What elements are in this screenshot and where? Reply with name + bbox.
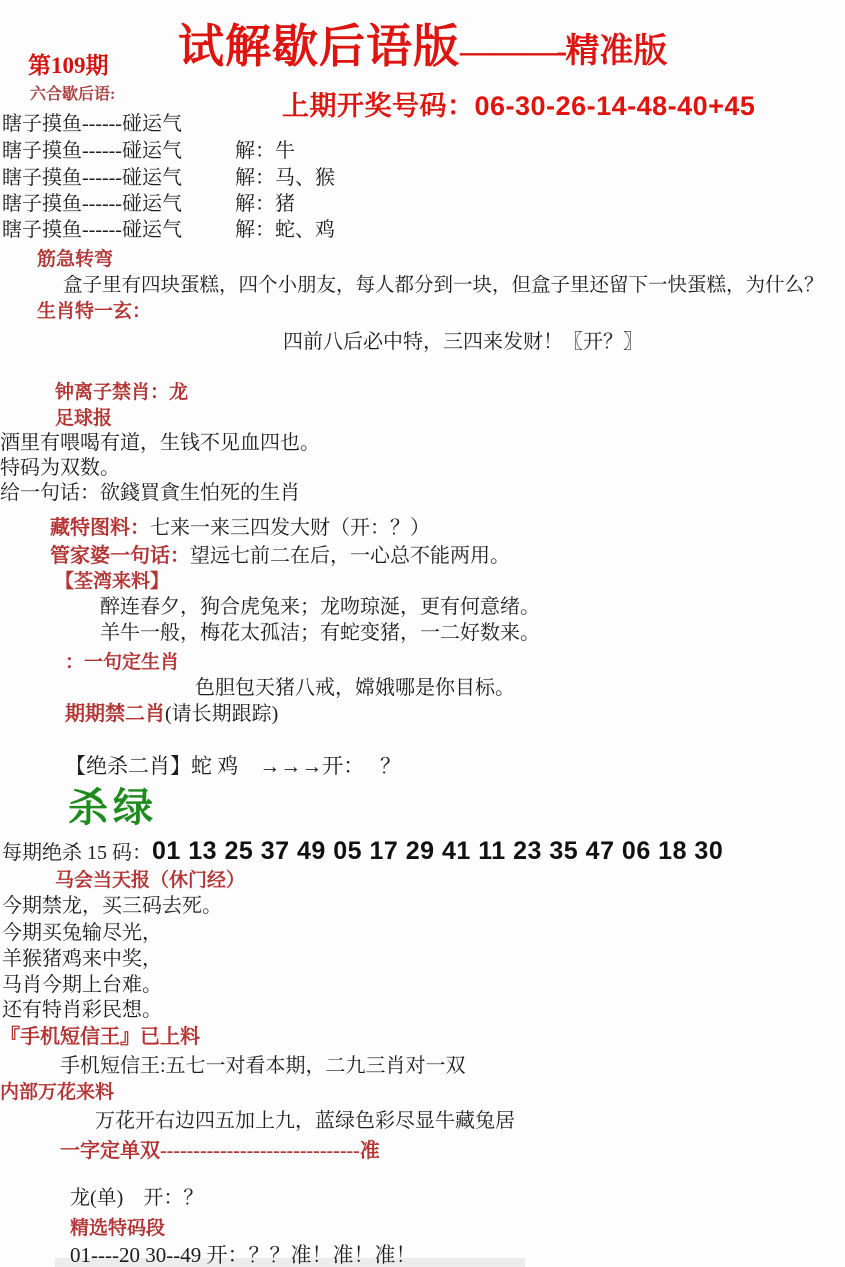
issue-number: 第109期	[28, 52, 109, 81]
riddle-answer: 解：马、猴	[235, 166, 335, 191]
one-sentence-heading: ：一句定生肖	[65, 651, 179, 675]
page-title: 试解歇后语版———-精准版	[178, 18, 667, 76]
riddle-row: 瞎子摸鱼------碰运气 解：猪	[2, 192, 182, 217]
riddle-answer: 解：蛇、鸡	[235, 218, 335, 243]
title-suffix: 精准版	[565, 33, 667, 70]
brain-teaser-question: 盒子里有四块蛋糕，四个小朋友，每人都分到一块，但盒子里还留下一快蛋糕，为什么？	[63, 274, 824, 298]
kill-green-heading: 杀绿	[68, 783, 158, 833]
riddle-text: 瞎子摸鱼------碰运气	[2, 219, 182, 241]
cangte-text: 七来一来三四发大财（开：？）	[150, 517, 430, 539]
football-line-2: 特码为双数。	[0, 456, 120, 481]
lottery-tip-sheet-page: 试解歇后语版———-精准版 第109期 六合歇后语: 上期开奖号码：06-30-…	[0, 0, 845, 1267]
riddle-row: 瞎子摸鱼------碰运气	[2, 112, 182, 137]
kill-numbers-label: 每期绝杀 15 码：	[2, 842, 152, 864]
riddle-text: 瞎子摸鱼------碰运气	[2, 140, 182, 162]
one-sentence-line: 色胆包天猪八戒，嫦娥哪是你目标。	[195, 676, 515, 701]
daily-report-heading: 马会当天报（休门经）	[55, 869, 245, 893]
daily-report-line-4: 马肖今期上台难。	[2, 973, 162, 998]
zhongli-ban-heading: 钟离子禁肖：龙	[55, 381, 188, 405]
wanhua-line: 万花开右边四五加上九，蓝绿色彩尽显牛藏兔居	[95, 1109, 515, 1134]
last-draw-numbers: 上期开奖号码：06-30-26-14-48-40+45	[282, 90, 755, 124]
quanwan-line-1: 醉连春夕，狗合虎兔来；龙吻琼涎，更有何意绪。	[100, 595, 540, 620]
ban-two-note: (请长期跟踪)	[165, 703, 278, 725]
quanwan-heading: 【荃湾来料】	[55, 570, 169, 594]
riddle-answer: 解：牛	[235, 139, 295, 164]
daily-report-line-3: 羊猴猪鸡来中奖，	[2, 947, 162, 972]
brain-teaser-heading: 筋急转弯	[37, 248, 113, 272]
football-line-3: 给一句话：欲錢買貪生怕死的生肖	[0, 481, 300, 506]
kill-two-line: 【绝杀二肖】蛇 鸡 →→→开： ？	[65, 753, 401, 779]
daily-report-line-5: 还有特肖彩民想。	[2, 998, 162, 1023]
riddle-row: 瞎子摸鱼------碰运气 解：牛	[2, 139, 182, 164]
football-report-heading: 足球报	[55, 407, 112, 431]
sms-king-heading: 『手机短信王』已上料	[0, 1025, 200, 1050]
football-line-1: 酒里有喂喝有道，生钱不见血四也。	[0, 431, 320, 456]
riddle-section-heading: 六合歇后语:	[30, 85, 115, 105]
zodiac-mystery-heading: 生肖特一玄：	[37, 300, 151, 324]
quanwan-line-2: 羊牛一般，梅花太孤洁；有蛇变猪，一二好数来。	[100, 621, 540, 646]
kill-numbers-line: 每期绝杀 15 码：01 13 25 37 49 05 17 29 41 11 …	[2, 836, 723, 867]
cangte-label: 藏特图料：	[50, 517, 150, 539]
guanjiapo-line: 管家婆一句话：望远七前二在后，一心总不能两用。	[50, 544, 510, 569]
riddle-row: 瞎子摸鱼------碰运气 解：蛇、鸡	[2, 218, 182, 243]
wanhua-heading: 内部万花来料	[0, 1081, 114, 1105]
riddle-row: 瞎子摸鱼------碰运气 解：马、猴	[2, 166, 182, 191]
guanjiapo-label: 管家婆一句话：	[50, 545, 190, 567]
dragon-single-line: 龙(单) 开：？	[70, 1186, 203, 1211]
single-double-line: 一字定单双------------------------------准	[60, 1139, 380, 1164]
riddle-answer: 解：猪	[235, 192, 295, 217]
riddle-text: 瞎子摸鱼------碰运气	[2, 113, 182, 135]
special-segment-heading: 精选特码段	[70, 1217, 165, 1241]
special-segment-line: 01----20 30--49 开：？？准！准！准！	[70, 1242, 416, 1267]
title-main: 试解歇后语版	[178, 21, 460, 72]
zodiac-mystery-line: 四前八后必中特，三四来发财！〖开？〗	[283, 330, 643, 355]
title-dash: ———-	[460, 33, 565, 70]
riddle-text: 瞎子摸鱼------碰运气	[2, 167, 182, 189]
sms-king-line: 手机短信王:五七一对看本期，二九三肖对一双	[60, 1054, 466, 1079]
riddle-text: 瞎子摸鱼------碰运气	[2, 193, 182, 215]
ban-two-line: 期期禁二肖(请长期跟踪)	[65, 702, 278, 727]
daily-report-line-1: 今期禁龙，买三码去死。	[2, 894, 222, 919]
kill-numbers-values: 01 13 25 37 49 05 17 29 41 11 23 35 47 0…	[152, 837, 723, 865]
cangte-line: 藏特图料：七来一来三四发大财（开：？）	[50, 516, 430, 541]
guanjiapo-text: 望远七前二在后，一心总不能两用。	[190, 545, 510, 567]
ban-two-label: 期期禁二肖	[65, 703, 165, 725]
daily-report-line-2: 今期买兔输尽光，	[2, 921, 162, 946]
